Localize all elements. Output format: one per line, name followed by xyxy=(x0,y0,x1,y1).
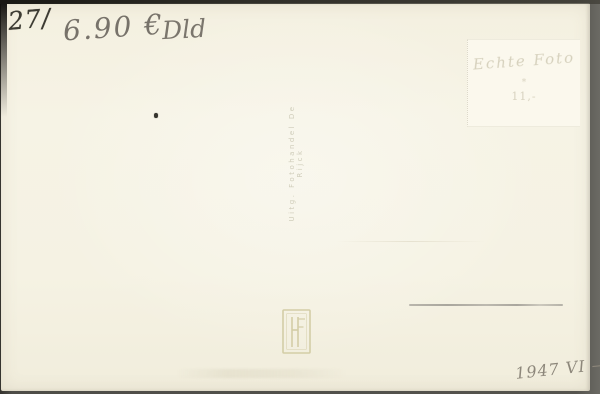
handwritten-country-code: Dld xyxy=(161,14,207,45)
handwritten-price: 6.90 € xyxy=(62,8,165,48)
publisher-monogram-icon xyxy=(281,308,313,360)
ghost-imprint-smudge xyxy=(176,369,346,378)
handwritten-date: 1947 VI — xyxy=(514,354,600,383)
ink-speck xyxy=(154,113,158,118)
stamp-box: Echte Foto * 11,- xyxy=(467,39,580,127)
handwritten-index-number: 27/ xyxy=(7,3,53,36)
postcard: 27/ 6.90 € Dld Uitg. Fotohandel De Rijck… xyxy=(1,3,590,391)
scan-edge-shadow-top xyxy=(0,0,600,4)
postcard-back-scan: { "handwriting": { "index_number": "27/"… xyxy=(0,0,600,394)
scan-edge-shadow-left xyxy=(0,0,7,130)
stamp-box-separator-mark: * xyxy=(468,78,580,88)
stamp-box-brand-text: Echte Foto xyxy=(468,48,581,74)
paper-crease xyxy=(336,241,486,242)
stamp-box-number: 11,- xyxy=(468,90,580,103)
publisher-imprint-vertical-text: Uitg. Fotohandel De Rijck xyxy=(288,93,302,233)
address-line xyxy=(409,304,563,306)
